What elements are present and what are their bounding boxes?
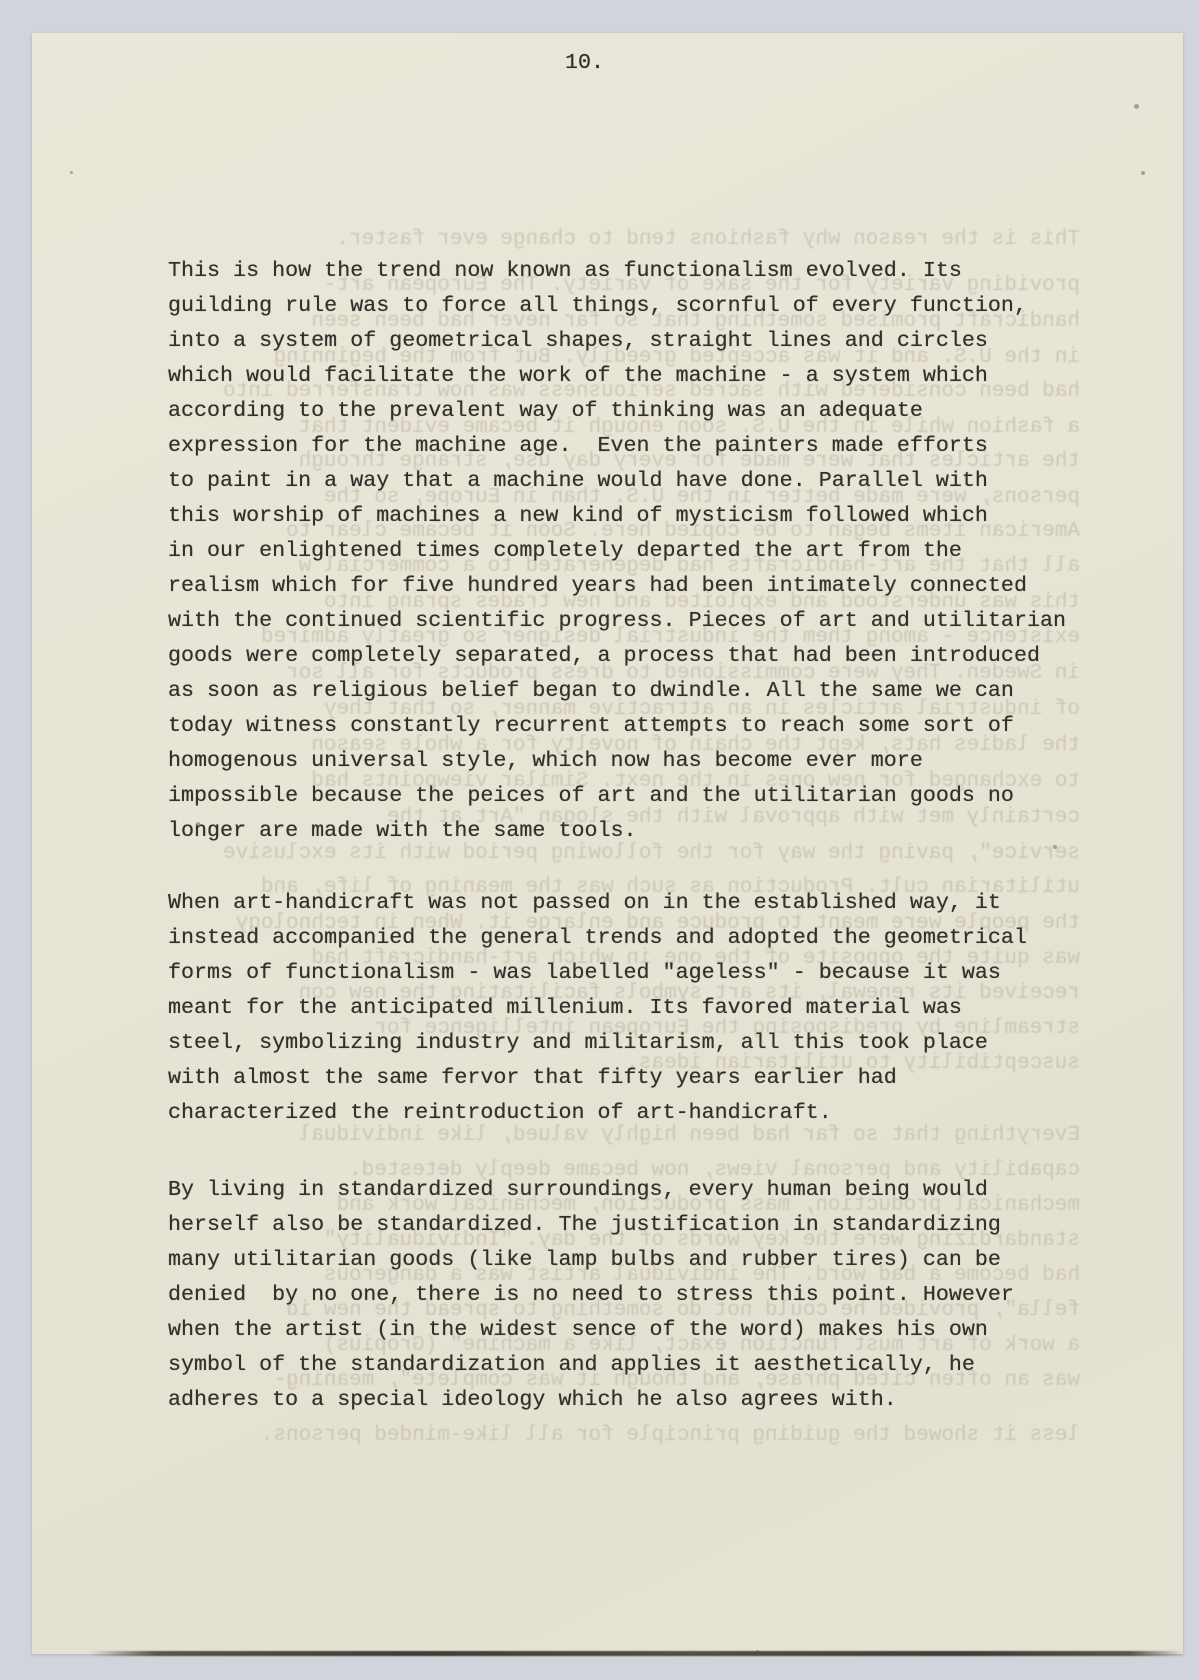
typed-line: adheres to a special ideology which he a… (168, 1382, 1128, 1417)
typed-line: as soon as religious belief began to dwi… (168, 673, 1128, 708)
typed-line: characterized the reintroduction of art-… (168, 1095, 1128, 1130)
typed-line: this worship of machines a new kind of m… (168, 498, 1128, 533)
typed-line: which would facilitate the work of the m… (168, 358, 1128, 393)
paper-speck (1134, 104, 1139, 109)
typed-line: impossible because the peices of art and… (168, 778, 1128, 813)
paper-speck (196, 822, 200, 826)
typed-line: This is how the trend now known as funct… (168, 253, 1128, 288)
typed-line: to paint in a way that a machine would h… (168, 463, 1128, 498)
typed-line: When art-handicraft was not passed on in… (168, 885, 1128, 920)
typed-line: herself also be standardized. The justif… (168, 1207, 1128, 1242)
typed-line: denied by no one, there is no need to st… (168, 1277, 1128, 1312)
typed-line: when the artist (in the widest sence of … (168, 1312, 1128, 1347)
typed-line: instead accompanied the general trends a… (168, 920, 1128, 955)
paper-speck (1141, 171, 1145, 175)
paper-speck (70, 171, 73, 174)
document-page: This is the reason why fashions tend to … (32, 33, 1183, 1654)
typed-line: realism which for five hundred years had… (168, 568, 1128, 603)
typed-line: symbol of the standardization and applie… (168, 1347, 1128, 1382)
typed-line: with almost the same fervor that fifty y… (168, 1060, 1128, 1095)
typed-line: forms of functionalism - was labelled "a… (168, 955, 1128, 990)
typed-line: today witness constantly recurrent attem… (168, 708, 1128, 743)
typed-line: meant for the anticipated millenium. Its… (168, 990, 1128, 1025)
typed-line: guilding rule was to force all things, s… (168, 288, 1128, 323)
paper-speck (1053, 845, 1057, 849)
bleed-through-line: This is the reason why fashions tend to … (50, 222, 1080, 257)
typed-line: longer are made with the same tools. (168, 813, 1128, 848)
typed-line: in our enlightened times completely depa… (168, 533, 1128, 568)
typed-line: into a system of geometrical shapes, str… (168, 323, 1128, 358)
typed-line: By living in standardized surroundings, … (168, 1172, 1128, 1207)
typed-line: according to the prevalent way of thinki… (168, 393, 1128, 428)
typed-line: goods were completely separated, a proce… (168, 638, 1128, 673)
typed-line: many utilitarian goods (like lamp bulbs … (168, 1242, 1128, 1277)
paragraph-functionalism: This is how the trend now known as funct… (168, 253, 1128, 848)
paragraph-standardization: By living in standardized surroundings, … (168, 1172, 1128, 1417)
typed-line: with the continued scientific progress. … (168, 603, 1128, 638)
scan-background: This is the reason why fashions tend to … (0, 0, 1199, 1680)
paragraph-art-handicraft: When art-handicraft was not passed on in… (168, 885, 1128, 1130)
typed-line: expression for the machine age. Even the… (168, 428, 1128, 463)
bleed-through-line: less it showed the guiding principle for… (50, 1418, 1080, 1453)
typed-line: steel, symbolizing industry and militari… (168, 1025, 1128, 1060)
paper-bottom-shadow (90, 1651, 1185, 1656)
page-number: 10. (565, 45, 604, 80)
typed-line: homogenous universal style, which now ha… (168, 743, 1128, 778)
